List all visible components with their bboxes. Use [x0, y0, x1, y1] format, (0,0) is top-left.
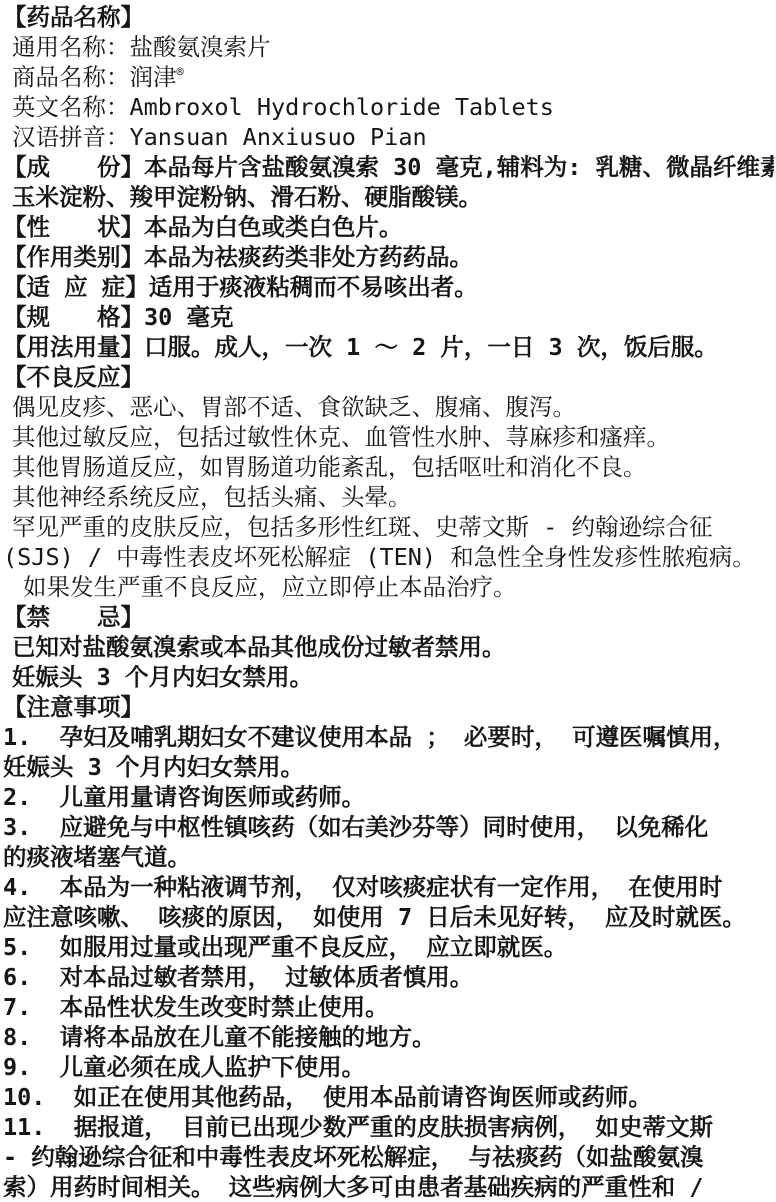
text-line: 10. 如正在使用其他药品， 使用本品前请咨询医师或药师。 [3, 1082, 774, 1112]
text-line: 【不良反应】 [3, 362, 774, 392]
text-line: 应注意咳嗽、 咳痰的原因， 如使用 7 日后未见好转， 应及时就医。 [3, 902, 774, 932]
drug-insert-document: 【药品名称】通用名称：盐酸氨溴索片商品名称：润津®英文名称：Ambroxol H… [0, 0, 776, 1202]
text-line: 【注意事项】 [3, 692, 774, 722]
text-line: 妊娠头 3 个月内妇女禁用。 [3, 752, 774, 782]
text-line: 【作用类别】本品为祛痰药类非处方药药品。 [3, 242, 774, 272]
text-line: 1. 孕妇及哺乳期妇女不建议使用本品 ； 必要时， 可遵医嘱慎用， [3, 722, 774, 752]
text-line: 【用法用量】口服。成人，一次 1 ～ 2 片，一日 3 次，饭后服。 [3, 332, 774, 362]
text-line: 【禁 忌】 [3, 602, 774, 632]
text-line: 罕见严重的皮肤反应，包括多形性红斑、史蒂文斯 - 约翰逊综合征 [3, 512, 774, 542]
text-line: 5. 如服用过量或出现严重不良反应， 应立即就医。 [3, 932, 774, 962]
text-line: 其他神经系统反应，包括头痛、头晕。 [3, 482, 774, 512]
text-line: 偶见皮疹、恶心、胃部不适、食欲缺乏、腹痛、腹泻。 [3, 392, 774, 422]
text-line: 【规 格】30 毫克 [3, 302, 774, 332]
text-line: 通用名称：盐酸氨溴索片 [3, 32, 774, 62]
registered-trademark-symbol: ® [177, 65, 184, 79]
text-line: 【成 份】本品每片含盐酸氨溴索 30 毫克,辅料为: 乳糖、微晶纤维素、 [3, 152, 774, 182]
text-line: 商品名称：润津® [3, 62, 774, 92]
text-line: 汉语拼音：Yansuan Anxiusuo Pian [3, 122, 774, 152]
text-line: 已知对盐酸氨溴索或本品其他成份过敏者禁用。 [3, 632, 774, 662]
text-line: 的痰液堵塞气道。 [3, 842, 774, 872]
text-line: 4. 本品为一种粘液调节剂， 仅对咳痰症状有一定作用， 在使用时 [3, 872, 774, 902]
text-line: 3. 应避免与中枢性镇咳药（如右美沙芬等）同时使用， 以免稀化 [3, 812, 774, 842]
text-line: 11. 据报道， 目前已出现少数严重的皮肤损害病例， 如史蒂文斯 [3, 1112, 774, 1142]
text-line: 【适 应 症】适用于痰液粘稠而不易咳出者。 [3, 272, 774, 302]
text-line: (SJS) / 中毒性表皮坏死松解症 (TEN) 和急性全身性发疹性脓疱病。 [3, 542, 774, 572]
text-line: 9. 儿童必须在成人监护下使用。 [3, 1052, 774, 1082]
text-line: 【药品名称】 [3, 2, 774, 32]
text-line: 其他胃肠道反应，如胃肠道功能紊乱，包括呕吐和消化不良。 [3, 452, 774, 482]
text-line: 6. 对本品过敏者禁用， 过敏体质者慎用。 [3, 962, 774, 992]
text-line: 【性 状】本品为白色或类白色片。 [3, 212, 774, 242]
text-line: - 约翰逊综合征和中毒性表皮坏死松解症， 与祛痰药（如盐酸氨溴 [3, 1142, 774, 1172]
text-line: 8. 请将本品放在儿童不能接触的地方。 [3, 1022, 774, 1052]
text-line: 索）用药时间相关。 这些病例大多可由患者基础疾病的严重性和 / [3, 1172, 774, 1202]
text-line: 如果发生严重不良反应，应立即停止本品治疗。 [3, 572, 774, 602]
text-line: 妊娠头 3 个月内妇女禁用。 [3, 662, 774, 692]
document-lines: 【药品名称】通用名称：盐酸氨溴索片商品名称：润津®英文名称：Ambroxol H… [3, 2, 774, 1202]
text-line: 英文名称：Ambroxol Hydrochloride Tablets [3, 92, 774, 122]
text-line: 其他过敏反应，包括过敏性休克、血管性水肿、荨麻疹和瘙痒。 [3, 422, 774, 452]
text-line: 玉米淀粉、羧甲淀粉钠、滑石粉、硬脂酸镁。 [3, 182, 774, 212]
text-line: 7. 本品性状发生改变时禁止使用。 [3, 992, 774, 1022]
text-line: 2. 儿童用量请咨询医师或药师。 [3, 782, 774, 812]
